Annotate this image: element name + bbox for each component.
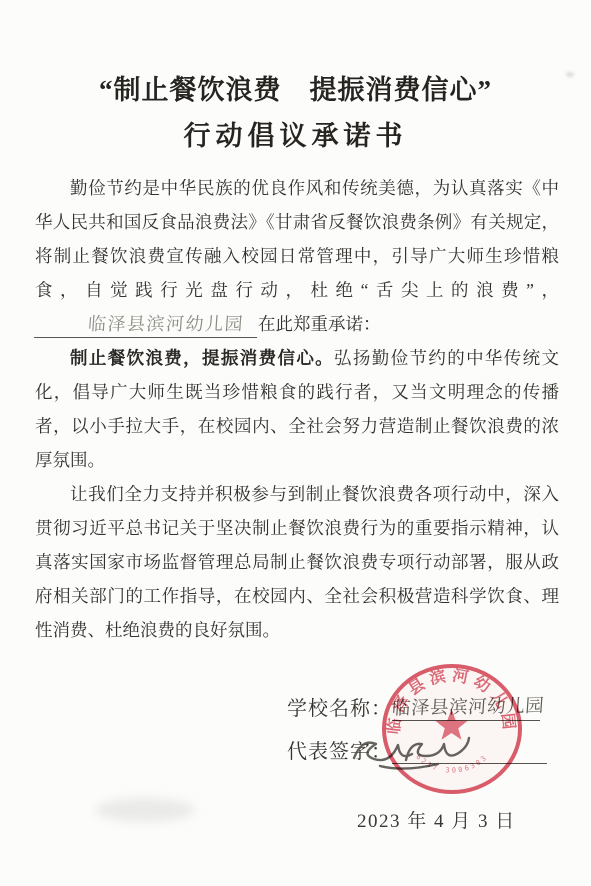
title-line-1: “制止餐饮浪费 提振消费信心” xyxy=(0,68,591,107)
paragraph-1-tail: 在此郑重承诺： xyxy=(258,314,381,334)
scan-smudge xyxy=(95,798,195,822)
paragraph-1-text: 勤俭节约是中华民族的优良作风和传统美德，为认真落实《中华人民共和国反食品浪费法》… xyxy=(35,178,559,300)
paragraph-3: 让我们全力支持并积极参与到制止餐饮浪费各项行动中，深入贯彻习近平总书记关于坚决制… xyxy=(35,477,559,647)
official-stamp: 临泽县滨河幼儿园 6237 3006383 xyxy=(379,662,525,798)
paragraph-2: 制止餐饮浪费，提振消费信心。弘扬勤俭节约的中华传统文化，倡导广大师生既当珍惜粮食… xyxy=(35,341,559,477)
paragraph-2-bold-lead: 制止餐饮浪费，提振消费信心。 xyxy=(70,348,334,368)
paragraph-1: 勤俭节约是中华民族的优良作风和传统美德，为认真落实《中华人民共和国反食品浪费法》… xyxy=(35,171,559,341)
title-line-2: 行动倡议承诺书 xyxy=(0,114,591,153)
document-title: “制止餐饮浪费 提振消费信心” 行动倡议承诺书 xyxy=(0,68,591,153)
document-body: 勤俭节约是中华民族的优良作风和传统美德，为认真落实《中华人民共和国反食品浪费法》… xyxy=(35,171,559,647)
scan-speck xyxy=(566,72,574,77)
date-line: 2023 年 4 月 3 日 xyxy=(357,806,516,833)
handwritten-school-name-inline: 临泽县滨河幼儿园 xyxy=(34,311,259,338)
scanned-pledge-document: “制止餐饮浪费 提振消费信心” 行动倡议承诺书 勤俭节约是中华民族的优良作风和传… xyxy=(0,0,591,886)
school-name-label: 学校名称： xyxy=(287,698,392,720)
